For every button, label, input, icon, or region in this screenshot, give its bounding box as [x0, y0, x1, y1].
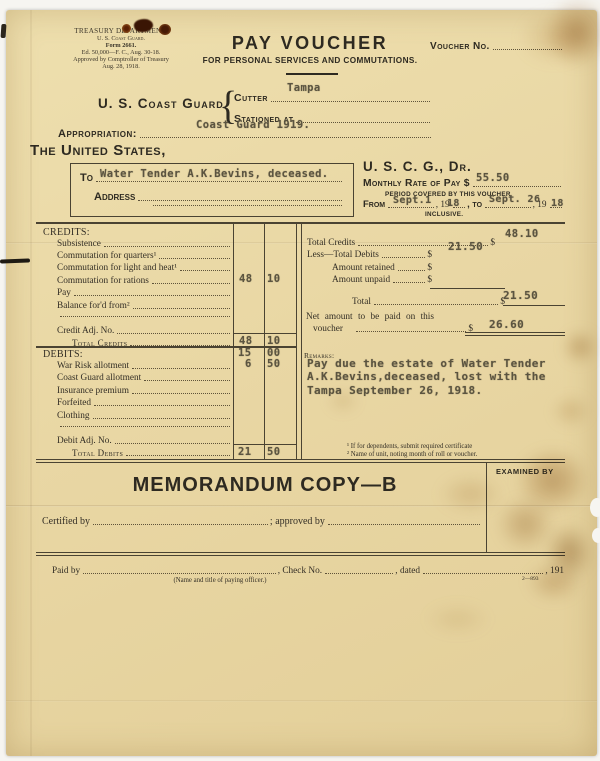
form-info-line: Form 2661.	[50, 42, 192, 49]
appropriation-blank	[140, 135, 431, 138]
monthly-rate-blank	[473, 184, 561, 187]
net-amount-label-2: voucher	[313, 324, 343, 334]
debit-row-label: Forfeited	[57, 398, 91, 408]
voucher-no-blank	[493, 47, 562, 50]
footnote: ² Name of unit, noting month of roll or …	[347, 451, 477, 458]
org-name: U. S. Coast Guard	[98, 96, 224, 111]
appropriation-value-typed: Coast Guard 1919.	[196, 119, 310, 131]
credit-row-blank	[159, 256, 230, 259]
credits-heading: CREDITS:	[43, 227, 90, 238]
to-year-typed: 18	[551, 198, 564, 209]
credit-row-blank	[133, 306, 230, 309]
half-divider-rule	[301, 224, 302, 459]
less-debits-label: Less—Total Debits	[307, 250, 379, 260]
pay-cents-typed: 10	[267, 273, 280, 285]
net-amount-blank	[356, 329, 466, 332]
monthly-rate-field: Monthly Rate of Pay $	[363, 178, 563, 189]
credit-row: Commutation for quarters¹	[57, 251, 232, 261]
address-blank	[138, 198, 342, 201]
debit-row-blank-line	[57, 424, 232, 429]
amount-retained-row: Amount retained $	[332, 263, 432, 273]
cg-allot-dollars-typed: 6	[245, 358, 252, 370]
check-no-label: , Check No.	[278, 566, 322, 576]
dated-blank	[423, 571, 543, 574]
dollar-sign: $	[427, 263, 432, 273]
credit-row-label: Balance for'd from²	[57, 301, 130, 311]
united-states-heading: The United States,	[30, 142, 166, 159]
address-label: Address	[94, 191, 135, 203]
address-blank-2	[153, 203, 342, 206]
net-amount-label: Net amount to be paid on this	[306, 312, 434, 322]
ink-blot	[122, 24, 131, 33]
scanned-pay-voucher: TREASURY DEPARTMENT, U. S. Coast Guard. …	[0, 0, 600, 761]
debit-row-blank	[60, 424, 230, 427]
cg-allot-cents-typed: 50	[267, 358, 280, 370]
to-label: , to	[467, 199, 482, 210]
paying-officer-note: (Name and title of paying officer.)	[130, 577, 310, 584]
debit-row: Clothing	[57, 411, 232, 421]
monthly-rate-label: Monthly Rate of Pay $	[363, 178, 470, 189]
credits-total-blank	[130, 343, 230, 346]
dollar-sign: $	[427, 250, 432, 260]
payee-address-field-2	[150, 203, 344, 208]
total-credits-typed: 48.10	[505, 228, 539, 240]
debit-row-label: Clothing	[57, 411, 90, 421]
credit-row: Pay	[57, 288, 232, 298]
credits-total-label: Total Credits	[72, 338, 127, 348]
net-amount-row: voucher $	[313, 324, 473, 334]
footnote: ¹ If for dependents, submit required cer…	[347, 443, 472, 450]
title-rule	[286, 73, 338, 75]
credits-total-dollars-typed: 48	[239, 335, 252, 347]
credit-row-blank	[74, 293, 230, 296]
unpaid-underline	[430, 288, 505, 289]
payee-name-typed: Water Tender A.K.Bevins, deceased.	[100, 168, 329, 180]
remarks-line: Pay due the estate of Water Tender	[307, 357, 546, 370]
credit-row-label: Credit Adj. No.	[57, 326, 114, 336]
page-title: PAY VOUCHER	[200, 33, 420, 54]
credit-row-blank	[117, 331, 230, 334]
summary-total-label: Total	[352, 297, 371, 307]
debit-row-label: Debit Adj. No.	[57, 436, 112, 446]
credit-row: Commutation for light and heat¹	[57, 263, 232, 273]
to-label: To	[80, 172, 93, 184]
dollar-sign: $	[427, 275, 432, 285]
credit-row: Subsistence	[57, 239, 232, 249]
memorandum-title: MEMORANDUM COPY—B	[105, 474, 425, 497]
amount-retained-blank	[398, 268, 426, 271]
credit-row-blank	[60, 314, 230, 317]
dollar-sign: $	[490, 238, 495, 248]
summary-total-underline	[503, 305, 565, 306]
debit-row-label: Insurance premium	[57, 386, 129, 396]
form-info-line: U. S. Coast Guard.	[50, 35, 192, 42]
credit-row-label: Subsistence	[57, 239, 101, 249]
debit-row-blank	[94, 403, 230, 406]
binder-mark	[1, 24, 7, 38]
debit-row: War Risk allotment	[57, 361, 232, 371]
amount-unpaid-label: Amount unpaid	[332, 275, 390, 285]
credit-row-blank	[152, 281, 230, 284]
debit-row-blank	[132, 366, 230, 369]
approved-by-label: ; approved by	[270, 516, 325, 527]
debit-row: Insurance premium	[57, 386, 232, 396]
monthly-rate-typed: 55.50	[476, 172, 510, 184]
debits-total-rule	[233, 444, 296, 445]
dated-label: , dated	[395, 566, 420, 576]
form-info-line: Ed. 50,000—F. C., Aug. 30-18.	[50, 49, 192, 56]
from-label: From	[363, 199, 385, 210]
torn-edge-notch	[592, 528, 600, 543]
inclusive-label: INCLUSIVE.	[425, 211, 463, 218]
amount-column-rule	[264, 224, 265, 459]
examined-by-box-rule	[486, 463, 487, 552]
table-bottom-rule	[36, 459, 565, 460]
debits-total-label: Total Debits	[72, 448, 123, 458]
paid-by-label: Paid by	[52, 566, 80, 576]
debit-row-blank	[115, 441, 230, 444]
credit-row-label: Commutation for light and heat¹	[57, 263, 177, 273]
debits-total-cents-typed: 50	[267, 446, 280, 458]
voucher-no-label: Voucher No.	[430, 41, 490, 52]
check-no-blank	[325, 571, 393, 574]
debit-row: Coast Guard allotment	[57, 373, 232, 383]
debits-total-blank	[126, 453, 230, 456]
torn-edge-notch	[590, 498, 600, 517]
credit-row: Credit Adj. No.	[57, 326, 232, 336]
net-amount-underline-2	[465, 335, 565, 336]
less-debits-typed: 21.50	[448, 240, 483, 253]
credit-row-label: Pay	[57, 288, 71, 298]
credit-row-label: Commutation for quarters¹	[57, 251, 156, 261]
debits-total-row: Total Debits	[72, 448, 232, 458]
stationed-at-blank	[296, 120, 430, 123]
pay-dollars-typed: 48	[239, 273, 252, 285]
voucher-no-field: Voucher No.	[430, 41, 564, 52]
half-divider-rule	[296, 224, 297, 459]
credit-row: Balance for'd from²	[57, 301, 232, 311]
credits-total-cents-typed: 10	[267, 335, 280, 347]
ink-blot	[159, 24, 171, 35]
certified-approved-row: Certified by ; approved by	[42, 516, 482, 527]
debit-row-blank	[144, 378, 230, 381]
debit-row-label: War Risk allotment	[57, 361, 129, 371]
to-date-typed: Sept. 26	[489, 194, 540, 205]
from-year-typed: 18	[447, 198, 460, 209]
year-191-label: , 191	[545, 566, 564, 576]
paid-by-blank	[83, 571, 276, 574]
debit-row-blank	[132, 391, 230, 394]
uscg-dr-heading: U. S. C. G., Dr.	[363, 159, 472, 174]
net-amount-typed: 26.60	[489, 318, 524, 331]
payee-address-field: Address	[94, 191, 344, 203]
summary-total-blank	[374, 302, 498, 305]
less-debits-row: Less—Total Debits $	[307, 250, 432, 260]
certified-by-blank	[93, 522, 268, 525]
less-debits-blank	[382, 255, 425, 258]
cutter-field: Cutter	[234, 92, 432, 104]
credit-row-blank-line	[57, 314, 232, 319]
crease-line-vertical	[30, 10, 32, 756]
credits-total-rule	[233, 333, 296, 334]
summary-total-typed: 21.50	[503, 289, 538, 302]
approved-by-blank	[328, 522, 480, 525]
credits-total-row: Total Credits	[72, 338, 232, 348]
total-credits-label: Total Credits	[307, 238, 355, 248]
to-blank	[485, 205, 531, 208]
credit-row-blank	[180, 268, 230, 271]
credit-row: Commutation for rations	[57, 276, 232, 286]
net-amount-underline	[465, 332, 565, 333]
from-date-typed: Sept.1	[393, 195, 432, 206]
print-code: 2—893	[522, 576, 539, 582]
debit-row-blank	[93, 416, 230, 419]
amount-unpaid-blank	[393, 280, 425, 283]
debit-row-label: Coast Guard allotment	[57, 373, 141, 383]
cutter-label: Cutter	[234, 92, 268, 104]
cutter-blank	[271, 99, 430, 102]
debit-row: Forfeited	[57, 398, 232, 408]
summary-total-row: Total $	[352, 297, 505, 307]
certified-by-label: Certified by	[42, 516, 90, 527]
appropriation-label: Appropriation:	[58, 128, 137, 140]
debits-heading: DEBITS:	[43, 349, 83, 360]
amount-column-rule	[233, 224, 234, 459]
amount-retained-label: Amount retained	[332, 263, 395, 273]
debit-row: Debit Adj. No.	[57, 436, 232, 446]
memo-bottom-rule	[36, 552, 565, 553]
amount-unpaid-row: Amount unpaid $	[332, 275, 432, 285]
debits-total-dollars-typed: 21	[238, 446, 251, 458]
memo-bottom-rule-2	[36, 555, 565, 556]
credit-row-label: Commutation for rations	[57, 276, 149, 286]
cutter-value-typed: Tampa	[287, 82, 321, 94]
paid-by-row: Paid by , Check No. , dated , 191	[52, 566, 564, 576]
remarks-line: Tampa September 26, 1918.	[307, 384, 483, 397]
page-subtitle: FOR PERSONAL SERVICES AND COMMUTATIONS.	[170, 56, 450, 65]
remarks-line: A.K.Bevins,deceased, lost with the	[307, 370, 546, 383]
credit-row-blank	[104, 244, 230, 247]
examined-by-label: EXAMINED BY	[496, 467, 554, 476]
